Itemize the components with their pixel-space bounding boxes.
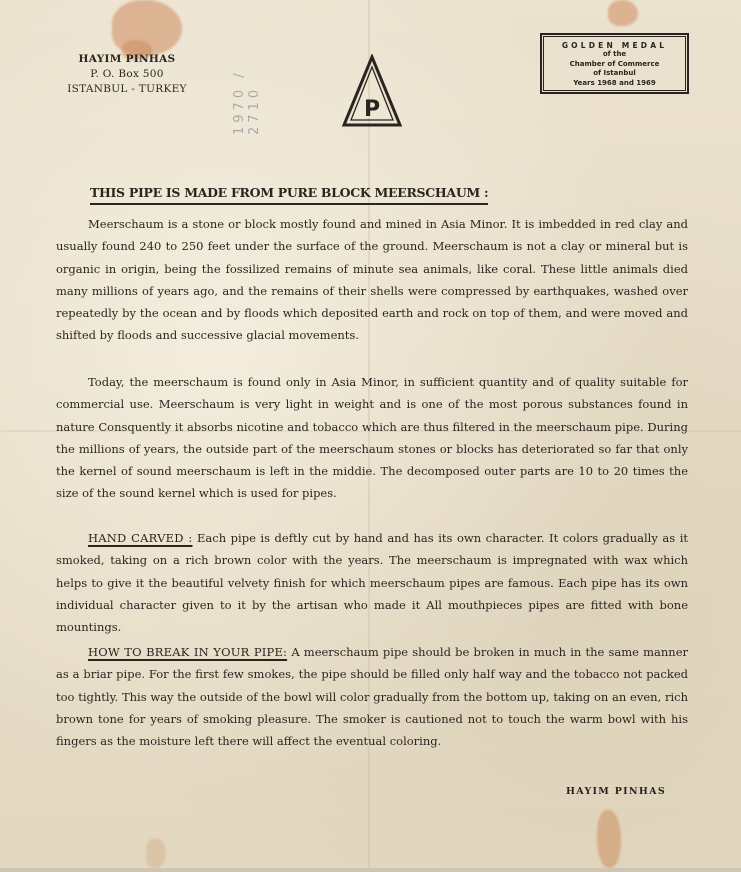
hand-carved-text: Each pipe is deftly cut by hand and has … xyxy=(56,531,688,634)
stain-mark xyxy=(146,838,166,868)
medal-line: of the xyxy=(542,50,687,59)
medal-line: Years 1968 and 1969 xyxy=(542,79,687,88)
paragraph-today: Today, the meerschaum is found only in A… xyxy=(56,371,688,505)
document-page: HAYIM PINHAS P. O. Box 500 ISTANBUL - TU… xyxy=(0,0,741,872)
triangle-p-logo-icon: P xyxy=(341,54,403,128)
medal-line: Chamber of Commerce xyxy=(542,60,687,69)
stain-mark xyxy=(608,0,638,26)
sender-city: ISTANBUL - TURKEY xyxy=(52,82,202,97)
paragraph-intro: Meerschaum is a stone or block mostly fo… xyxy=(56,213,688,347)
sender-name: HAYIM PINHAS xyxy=(52,52,202,67)
sender-po-box: P. O. Box 500 xyxy=(52,67,202,82)
logo-letter: P xyxy=(364,97,380,122)
break-in-text: A meerschaum pipe should be broken in mu… xyxy=(56,645,688,748)
break-in-heading: HOW TO BREAK IN YOUR PIPE: xyxy=(88,645,287,659)
paper-edge xyxy=(0,868,741,872)
pencil-annotation: 1970 / 2710 xyxy=(232,45,262,135)
paragraph-break-in: HOW TO BREAK IN YOUR PIPE: A meerschaum … xyxy=(56,641,688,752)
paragraph-today-text: Today, the meerschaum is found only in A… xyxy=(56,375,688,500)
golden-medal-box: GOLDEN MEDAL of the Chamber of Commerce … xyxy=(540,33,689,94)
medal-line: of Istanbul xyxy=(542,69,687,78)
paragraph-intro-text: Meerschaum is a stone or block mostly fo… xyxy=(56,217,688,342)
document-title: THIS PIPE IS MADE FROM PURE BLOCK MEERSC… xyxy=(90,185,488,205)
sender-address: HAYIM PINHAS P. O. Box 500 ISTANBUL - TU… xyxy=(52,52,202,97)
medal-line: GOLDEN MEDAL xyxy=(542,41,687,50)
signature: HAYIM PINHAS xyxy=(566,786,666,797)
stain-mark xyxy=(597,810,621,868)
paragraph-hand-carved: HAND CARVED : Each pipe is deftly cut by… xyxy=(56,527,688,638)
hand-carved-heading: HAND CARVED : xyxy=(88,531,192,545)
